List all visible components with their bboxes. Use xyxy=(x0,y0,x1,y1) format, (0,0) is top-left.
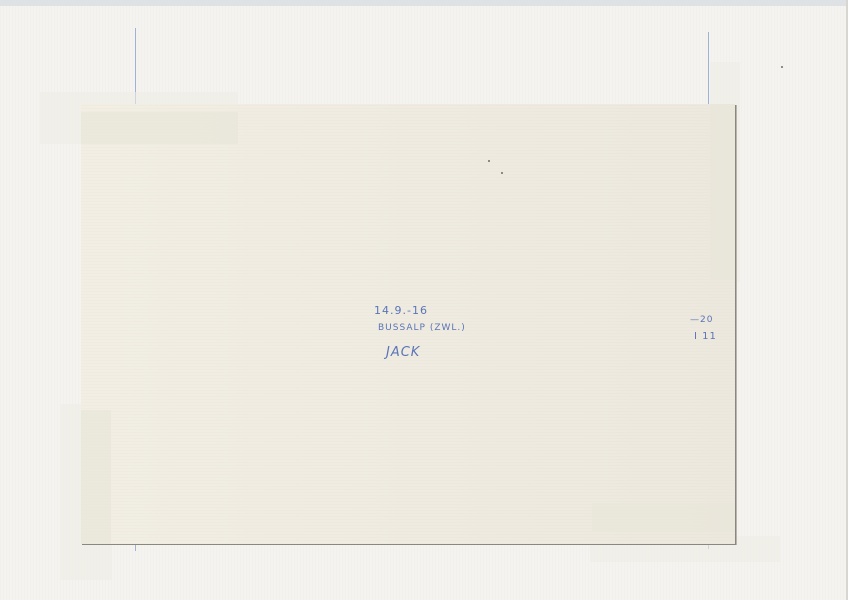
margin-note-top: —20 xyxy=(690,315,713,325)
inscription-name: JACK xyxy=(386,345,420,360)
tape-overlay-top-left xyxy=(81,112,238,144)
guide-line-bottom-left xyxy=(135,545,136,551)
speck xyxy=(501,172,503,174)
margin-note-bottom: I 11 xyxy=(694,331,717,342)
tape-overlay-bottom-right xyxy=(592,503,735,531)
inscription-date: 14.9.-16 xyxy=(374,304,428,317)
inscription-location: BUSSALP (ZWL.) xyxy=(378,323,466,333)
tape-overlay-bottom-left xyxy=(81,410,111,544)
speck xyxy=(488,160,490,162)
speck xyxy=(781,66,783,68)
scan-top-edge xyxy=(0,0,848,6)
mount-board: 14.9.-16 BUSSALP (ZWL.) JACK —20 I 11 xyxy=(0,0,848,600)
tape-overlay-top-right xyxy=(710,104,735,280)
guide-line-top-right xyxy=(708,32,709,104)
